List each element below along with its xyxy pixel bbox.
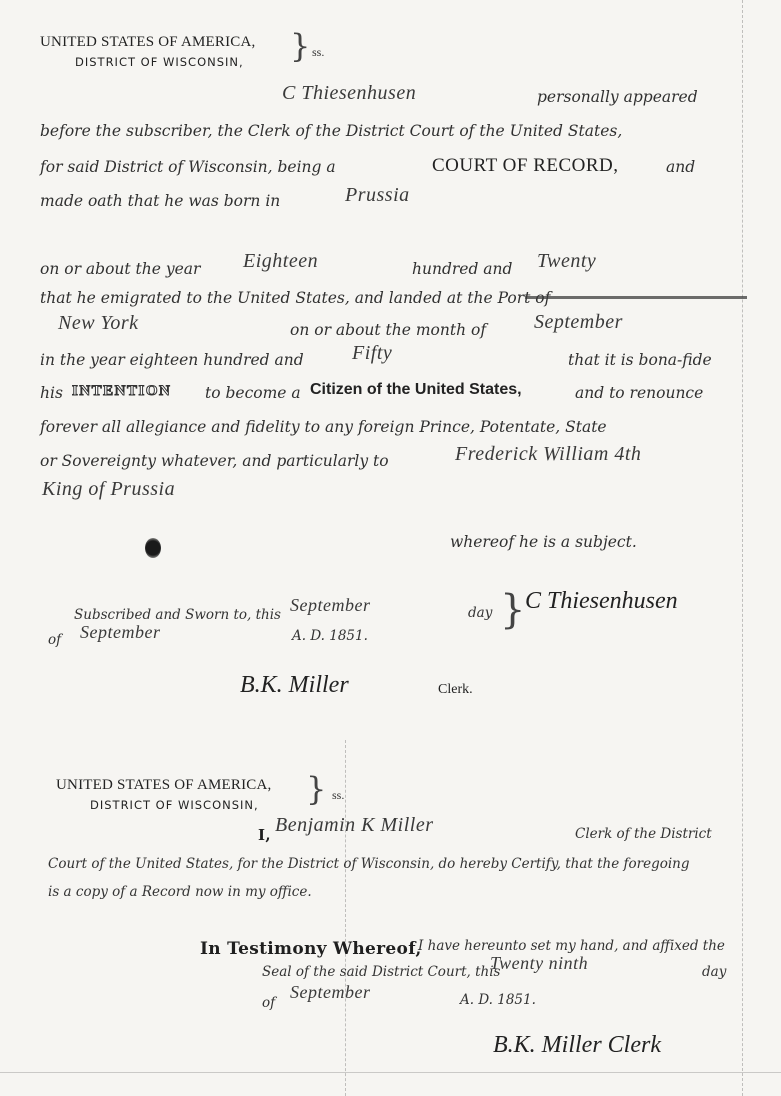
sovereign-field-1: Frederick William 4th — [455, 443, 641, 466]
testimony-month-field: September — [290, 982, 370, 1003]
text-line-7: on or about the month of — [290, 321, 486, 339]
of-label: of — [48, 632, 61, 648]
page-bottom-edge — [0, 1072, 781, 1073]
citizen-phrase: Citizen of the United States, — [310, 381, 522, 399]
certificate-district: DISTRICT OF WISCONSIN, — [90, 798, 259, 812]
sovereign-field-2: King of Prussia — [42, 478, 175, 501]
text-line-8b: that it is bona-fide — [568, 351, 712, 369]
fold-line-center — [345, 740, 346, 1096]
text-personally-appeared: personally appeared — [537, 88, 698, 106]
testimony-of-label: of — [262, 995, 275, 1011]
text-line-5a: on or about the year — [40, 260, 200, 278]
testimony-heading: In Testimony Whereof, — [200, 939, 422, 959]
ad-year-label: A. D. 1851. — [292, 628, 368, 644]
clerk-signature: B.K. Miller — [240, 672, 349, 699]
ink-blot — [145, 538, 161, 558]
certifying-clerk-name-field: Benjamin K Miller — [275, 814, 433, 837]
text-line-3b: and — [666, 158, 695, 176]
day-label: day — [468, 605, 492, 621]
testimony-signature: B.K. Miller Clerk — [493, 1032, 661, 1059]
arrival-month-field: September — [534, 311, 623, 334]
text-cert-line-1b: Clerk of the District — [575, 826, 712, 842]
text-line-5b: hundred and — [412, 260, 512, 278]
text-testimony-line-1b: I have hereunto set my hand, and affixed… — [418, 938, 725, 954]
text-line-3a: for said District of Wisconsin, being a — [40, 158, 336, 176]
port-field: New York — [58, 312, 139, 335]
text-line-10: forever all allegiance and fidelity to a… — [40, 418, 607, 436]
declarant-signature: C Thiesenhusen — [525, 588, 678, 615]
header-ss: ss. — [312, 45, 324, 60]
header-district: DISTRICT OF WISCONSIN, — [75, 55, 244, 69]
intention-word: INTENTION — [72, 383, 171, 400]
brace-icon: } — [290, 30, 310, 62]
text-cert-line-2: Court of the United States, for the Dist… — [48, 856, 690, 872]
testimony-ad-year: A. D. 1851. — [460, 992, 536, 1008]
text-line-9a: his — [40, 384, 63, 402]
clerk-label: Clerk. — [438, 682, 473, 698]
text-testimony-line-2a: Seal of the said District Court, this — [262, 964, 500, 980]
oath-day-field: September — [290, 595, 370, 616]
birth-year-field: Twenty — [537, 250, 596, 273]
testimony-day-field: Twenty ninth — [490, 953, 588, 974]
declarant-name-field: C Thiesenhusen — [282, 82, 416, 105]
strikethrough-mark — [525, 296, 747, 299]
text-line-8a: in the year eighteen hundred and — [40, 351, 304, 369]
text-line-12: whereof he is a subject. — [450, 533, 637, 551]
text-line-4: made oath that he was born in — [40, 192, 280, 210]
certificate-ss: ss. — [332, 788, 344, 803]
brace-icon: } — [500, 590, 525, 630]
fold-line-right — [742, 0, 743, 1096]
oath-month-field: September — [80, 622, 160, 643]
text-cert-line-3: is a copy of a Record now in my office. — [48, 884, 312, 900]
i-label: I, — [258, 826, 271, 844]
certificate-country: UNITED STATES OF AMERICA, — [56, 777, 271, 794]
court-of-record: COURT OF RECORD, — [432, 155, 619, 177]
arrival-year-field: Fifty — [352, 342, 392, 365]
header-country: UNITED STATES OF AMERICA, — [40, 34, 255, 51]
text-line-11: or Sovereignty whatever, and particularl… — [40, 452, 389, 470]
text-line-9b: to become a — [205, 384, 301, 402]
text-line-6: that he emigrated to the United States, … — [40, 289, 550, 307]
brace-icon: } — [306, 773, 326, 805]
text-testimony-line-2b: day — [702, 964, 726, 980]
birth-century-field: Eighteen — [243, 250, 318, 273]
text-line-9c: and to renounce — [575, 384, 703, 402]
birthplace-field: Prussia — [345, 184, 410, 207]
text-line-2: before the subscriber, the Clerk of the … — [40, 122, 622, 140]
subscribed-label: Subscribed and Sworn to, this — [74, 607, 281, 623]
